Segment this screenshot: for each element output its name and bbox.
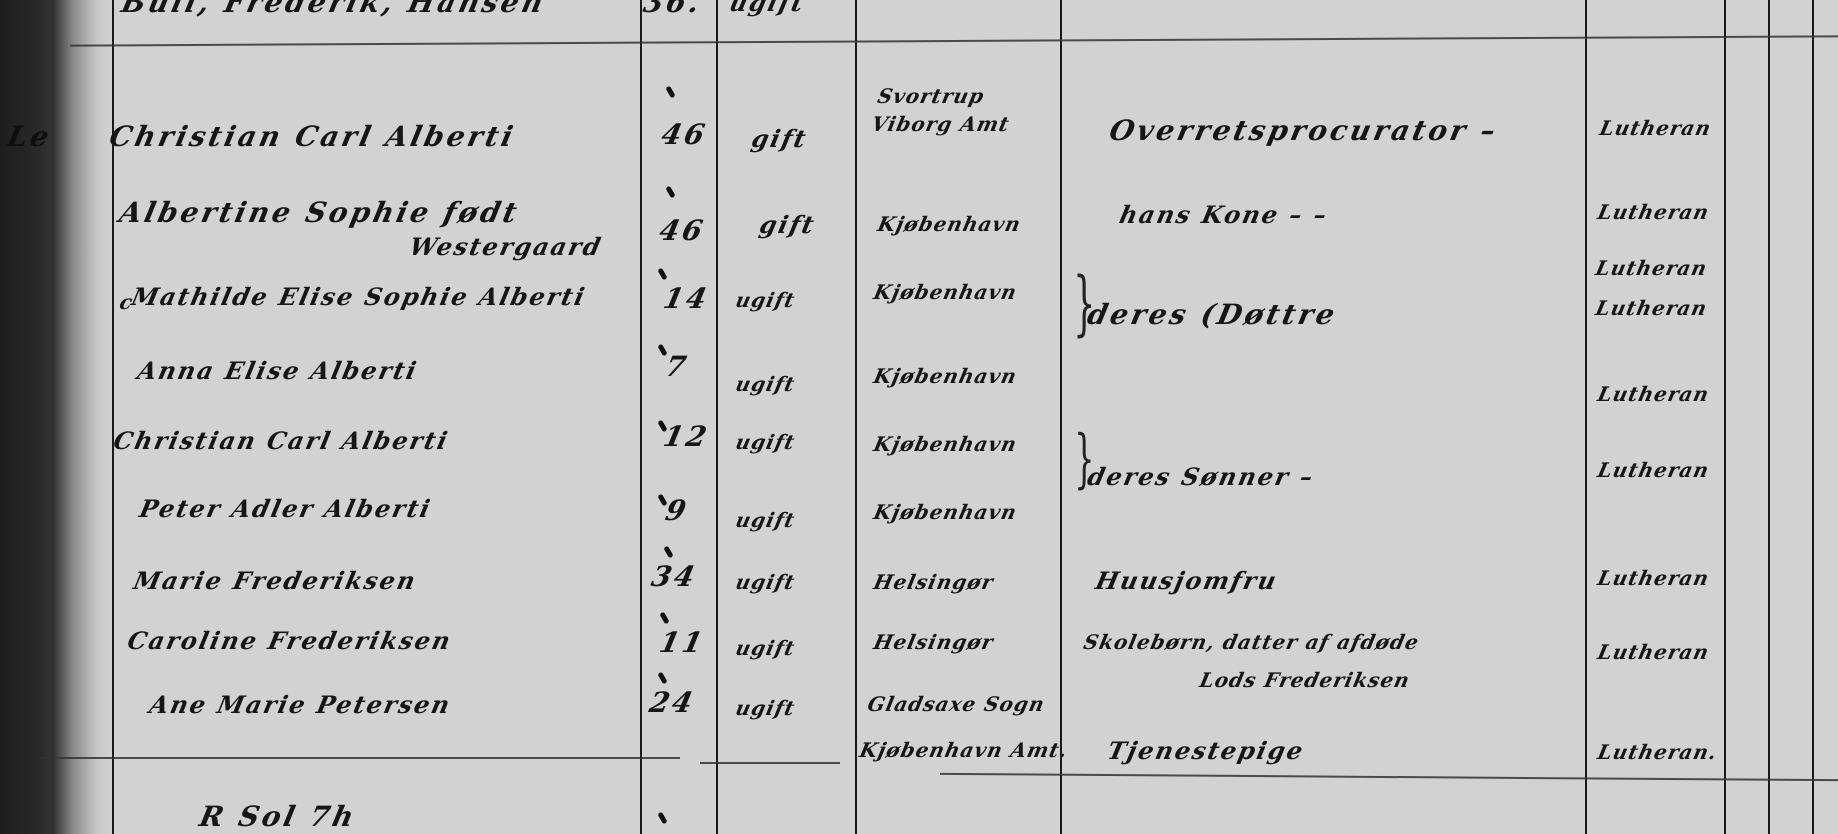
resident-3-religion: Lutheran [1593, 256, 1709, 280]
resident-8-occupation-continuation: Lods Frederiksen [1197, 668, 1412, 692]
next-resident-name-fragment: R Sol 7h [196, 800, 359, 833]
resident-8-religion: Lutheran [1595, 640, 1711, 664]
column-rule-religion [1724, 0, 1726, 834]
resident-1-occupation: Overretsprocurator – [1106, 114, 1501, 147]
column-rule-birthplace [1060, 0, 1062, 834]
household-divider-bottom-mid [700, 762, 840, 764]
column-rule-age [716, 0, 718, 834]
daughters-label: deres (Døttre [1084, 298, 1340, 331]
resident-8-birthplace: Helsingør [871, 630, 996, 654]
resident-5-birthplace: Kjøbenhavn [871, 432, 1019, 456]
resident-7-marital: ugift [733, 570, 797, 594]
resident-1-name: Christian Carl Alberti [106, 120, 518, 153]
resident-1-religion: Lutheran [1597, 116, 1713, 140]
column-rule-extra-2 [1812, 0, 1814, 834]
column-rule-name [640, 0, 642, 834]
resident-5-religion: Lutheran [1595, 458, 1711, 482]
column-rule-marital [855, 0, 857, 834]
resident-9-birthplace-line1: Gladsaxe Sogn [865, 692, 1047, 716]
prev-resident-age: 36. [640, 0, 705, 19]
resident-9-marital: ugift [733, 696, 797, 720]
column-rule-occupation [1585, 0, 1587, 834]
resident-7-birthplace: Helsingør [871, 570, 996, 594]
prev-resident-marital: ugift [727, 0, 808, 17]
resident-4-religion-upper: Lutheran [1593, 296, 1709, 320]
resident-9-age: 24 [646, 686, 698, 719]
resident-3-marital: ugift [733, 288, 797, 312]
resident-2-religion: Lutheran [1595, 200, 1711, 224]
resident-9-occupation: Tjenestepige [1105, 736, 1308, 765]
resident-6-name: Peter Adler Alberti [137, 494, 435, 523]
resident-4-religion: Lutheran [1595, 382, 1711, 406]
resident-5-marital: ugift [733, 430, 797, 454]
resident-5-age: 12 [660, 420, 712, 453]
resident-1-birthplace-line1: Svortrup [875, 84, 986, 108]
resident-2-birthplace: Kjøbenhavn [875, 212, 1023, 236]
resident-8-marital: ugift [733, 636, 797, 660]
resident-4-marital: ugift [733, 372, 797, 396]
resident-3-birthplace: Kjøbenhavn [871, 280, 1019, 304]
resident-3-name: Mathilde Elise Sophie Alberti [129, 282, 589, 311]
resident-1-marital: gift [749, 124, 810, 153]
margin-annotation: Le [4, 120, 55, 153]
resident-4-birthplace: Kjøbenhavn [871, 364, 1019, 388]
resident-2-name: Albertine Sophie født [116, 196, 522, 229]
resident-1-age: 46 [658, 118, 710, 151]
resident-2-marital: gift [757, 210, 818, 239]
prev-resident-name: Bull, Frederik, Hansen [118, 0, 548, 19]
resident-9-name: Ane Marie Petersen [147, 690, 454, 719]
resident-7-occupation: Huusjomfru [1093, 566, 1281, 595]
page-gutter-shadow [52, 0, 112, 834]
resident-8-name: Caroline Frederiksen [125, 626, 455, 655]
resident-6-birthplace: Kjøbenhavn [871, 500, 1019, 524]
resident-2-name-continuation: Westergaard [407, 232, 605, 261]
resident-3-age: 14 [660, 282, 712, 315]
resident-7-religion: Lutheran [1595, 566, 1711, 590]
resident-5-name: Christian Carl Alberti [111, 426, 452, 455]
household-divider-bottom-left [40, 757, 680, 759]
resident-9-religion: Lutheran. [1595, 740, 1719, 764]
sons-label: deres Sønner – [1085, 462, 1318, 491]
resident-1-birthplace-line2: Viborg Amt [869, 112, 1012, 136]
resident-4-name: Anna Elise Alberti [135, 356, 421, 385]
resident-8-occupation: Skolebørn, datter af afdøde [1081, 630, 1421, 654]
resident-7-age: 34 [648, 560, 700, 593]
column-rule-extra-1 [1768, 0, 1770, 834]
resident-8-age: 11 [656, 626, 708, 659]
resident-6-marital: ugift [733, 508, 797, 532]
resident-7-name: Marie Frederiksen [131, 566, 420, 595]
resident-2-occupation: hans Kone – – [1117, 200, 1331, 229]
resident-9-birthplace-line2: Kjøbenhavn Amt. [857, 738, 1070, 762]
resident-2-age: 46 [656, 214, 708, 247]
